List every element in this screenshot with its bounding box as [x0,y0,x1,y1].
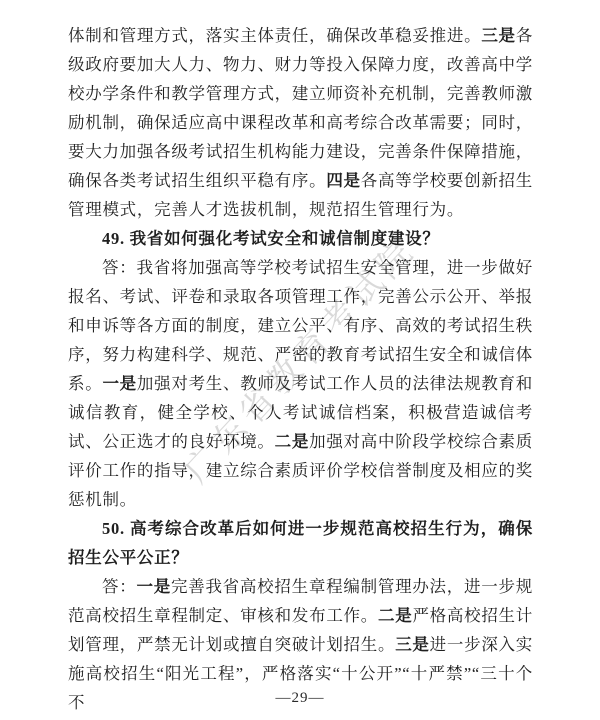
document-page: 广东省教育考试院 体制和管理方式，落实主体责任，确保改革稳妥推进。三是各级政府要… [0,0,600,720]
text-run-bold: 一是 [102,374,136,393]
page-number: —29— [0,690,600,707]
text-run: 体制和管理方式，落实主体责任，确保改革稳妥推进。 [68,26,481,45]
text-run-bold: 三是 [395,635,429,654]
text-run: 答： [102,577,136,596]
text-run-bold: 二是 [378,606,412,625]
text-run: 答：我省将加强高等学校考试招生安全管理，进一步做好报名、考试、评卷和录取各项管理… [68,258,533,393]
text-run-bold: 三是 [481,26,515,45]
answer-49-paragraph: 答：我省将加强高等学校考试招生安全管理，进一步做好报名、考试、评卷和录取各项管理… [68,253,533,514]
document-body: 体制和管理方式，落实主体责任，确保改革稳妥推进。三是各级政府要加大人力、物力、财… [68,21,533,717]
text-run-bold: 二是 [275,432,309,451]
text-run-bold: 一是 [136,577,170,596]
text-run: 各级政府要加大人力、物力、财力等投入保障力度，改善高中学校办学条件和教学管理方式… [68,26,533,190]
paragraph-continuation: 体制和管理方式，落实主体责任，确保改革稳妥推进。三是各级政府要加大人力、物力、财… [68,21,533,224]
question-50-heading: 50. 高考综合改革后如何进一步规范高校招生行为，确保招生公平公正？ [68,514,533,572]
text-run-bold: 四是 [326,171,360,190]
question-49-heading: 49. 我省如何强化考试安全和诚信制度建设？ [68,224,533,253]
